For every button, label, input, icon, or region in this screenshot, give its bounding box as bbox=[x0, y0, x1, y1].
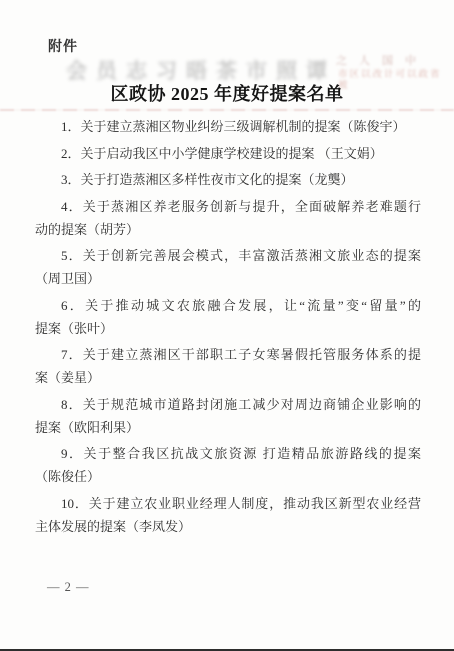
proposal-line: 2．关于启动我区中小学健康学校建设的提案 （王文娟） bbox=[35, 142, 421, 165]
proposal-line: 案（姜星） bbox=[35, 366, 421, 389]
proposal-line: 3．关于打造蒸湘区多样性夜市文化的提案（龙龑） bbox=[35, 168, 421, 191]
proposal-line: 4．关于蒸湘区养老服务创新与提升，全面破解养老难题行 bbox=[35, 195, 421, 218]
proposal-list: 1．关于建立蒸湘区物业纠纷三级调解机制的提案（陈俊宇）2．关于启动我区中小学健康… bbox=[35, 115, 421, 541]
page-number: — 2 — bbox=[47, 580, 90, 595]
bleedthrough-red-text-top: 之人国中 bbox=[336, 52, 428, 68]
proposal-line: 8．关于规范城市道路封闭施工减少对周边商铺企业影响的 bbox=[35, 393, 421, 416]
proposal-line: （周卫国） bbox=[35, 267, 421, 290]
bleedthrough-red-line bbox=[0, 109, 454, 111]
page-title: 区政协 2025 年度好提案名单 bbox=[0, 80, 454, 106]
proposal-line: 6．关于推动城文农旅融合发展，让“流量”变“留量”的 bbox=[35, 294, 421, 317]
proposal-line: 9．关于整合我区抗战文旅资源 打造精品旅游路线的提案 bbox=[35, 442, 421, 465]
proposal-line: 提案（张叶） bbox=[35, 317, 421, 340]
proposal-line: 7．关于建立蒸湘区干部职工子女寒暑假托管服务体系的提 bbox=[35, 343, 421, 366]
proposal-line: 5．关于创新完善展会模式，丰富激活蒸湘文旅业态的提案 bbox=[35, 244, 421, 267]
proposal-line: 提案（欧阳利果） bbox=[35, 416, 421, 439]
proposal-line: 1．关于建立蒸湘区物业纠纷三级调解机制的提案（陈俊宇） bbox=[35, 115, 421, 138]
attachment-label: 附件 bbox=[48, 36, 78, 56]
proposal-line: 主体发展的提案（李凤发） bbox=[35, 515, 421, 538]
proposal-line: （陈俊任） bbox=[35, 465, 421, 488]
proposal-line: 10．关于建立农业职业经理人制度，推动我区新型农业经营 bbox=[35, 492, 421, 515]
document-page: 附件 会员志习晤茶市照谭 之人国中 市区以改计可以政省被 区政协 2025 年度… bbox=[0, 0, 454, 651]
proposal-line: 动的提案（胡芳） bbox=[35, 218, 421, 241]
